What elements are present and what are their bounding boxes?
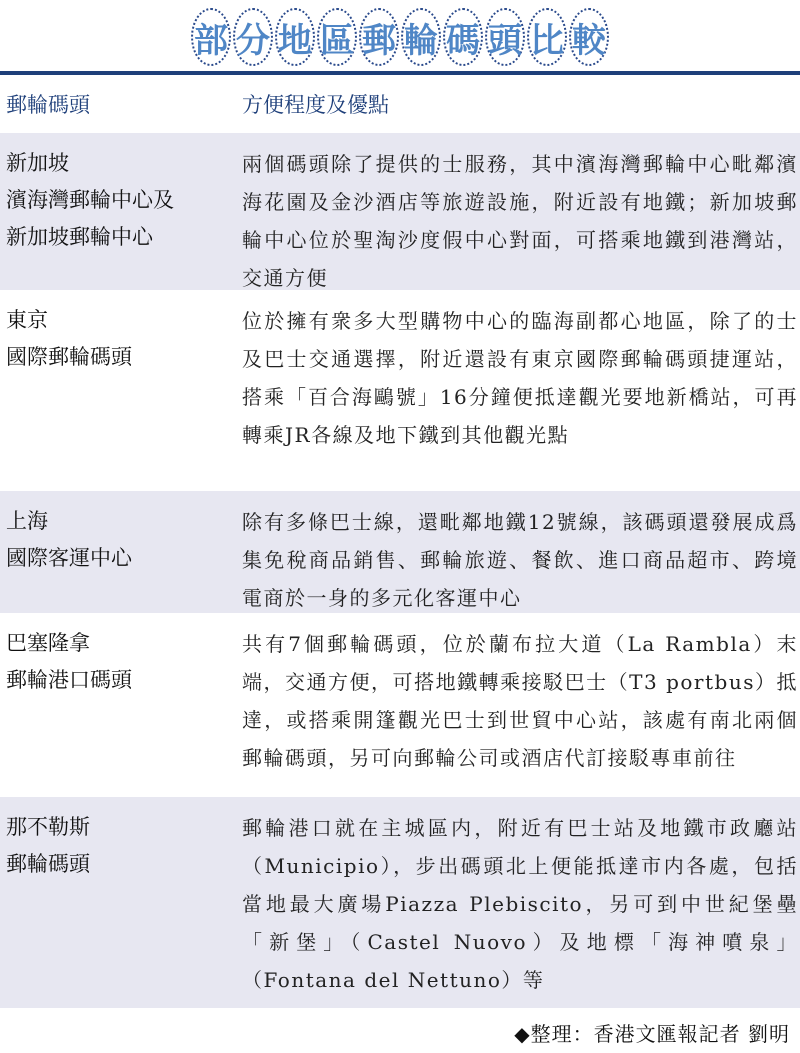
table-row: 新加坡 濱海灣郵輪中心及 新加坡郵輪中心 兩個碼頭除了提供的士服務，其中濱海灣郵… — [0, 133, 800, 290]
table-header: 郵輪碼頭 方便程度及優點 — [0, 75, 800, 133]
table-row: 東京 國際郵輪碼頭 位於擁有衆多大型購物中心的臨海副都心地區，除了的士及巴士交通… — [0, 290, 800, 491]
terminal-name: 巴塞隆拿 郵輪港口碼頭 — [6, 625, 231, 699]
page-title: 部 分 地 區 郵 輪 碼 頭 比 較 — [0, 0, 800, 70]
column-header-convenience: 方便程度及優點 — [242, 89, 389, 119]
title-char: 區 — [317, 8, 357, 66]
title-char: 頭 — [485, 8, 525, 66]
terminal-description: 郵輪港口就在主城區内，附近有巴士站及地鐵市政廳站（Municipio），步出碼頭… — [242, 809, 798, 999]
table-row: 巴塞隆拿 郵輪港口碼頭 共有7個郵輪碼頭，位於蘭布拉大道（La Rambla）末… — [0, 613, 800, 797]
title-char: 較 — [569, 8, 609, 66]
title-char: 碼 — [443, 8, 483, 66]
terminal-description: 除有多條巴士線，還毗鄰地鐵12號線，該碼頭還發展成爲集免稅商品銷售、郵輪旅遊、餐… — [242, 503, 798, 617]
title-char: 分 — [233, 8, 273, 66]
title-char: 部 — [191, 8, 231, 66]
terminal-description: 位於擁有衆多大型購物中心的臨海副都心地區，除了的士及巴士交通選擇，附近還設有東京… — [242, 302, 798, 454]
column-header-terminal: 郵輪碼頭 — [6, 89, 90, 119]
credit-line: ◆整理：香港文匯報記者 劉明 — [514, 1018, 790, 1047]
terminal-name: 新加坡 濱海灣郵輪中心及 新加坡郵輪中心 — [6, 145, 231, 256]
table-row: 那不勒斯 郵輪碼頭 郵輪港口就在主城區内，附近有巴士站及地鐵市政廳站（Munic… — [0, 797, 800, 1008]
terminal-name: 上海 國際客運中心 — [6, 503, 231, 577]
terminal-description: 共有7個郵輪碼頭，位於蘭布拉大道（La Rambla）末端，交通方便，可搭地鐵轉… — [242, 625, 798, 777]
title-char: 地 — [275, 8, 315, 66]
terminal-name: 那不勒斯 郵輪碼頭 — [6, 809, 231, 883]
title-char: 比 — [527, 8, 567, 66]
title-char: 輪 — [401, 8, 441, 66]
title-char: 郵 — [359, 8, 399, 66]
terminal-name: 東京 國際郵輪碼頭 — [6, 302, 231, 376]
terminal-description: 兩個碼頭除了提供的士服務，其中濱海灣郵輪中心毗鄰濱海花園及金沙酒店等旅遊設施，附… — [242, 145, 798, 297]
table-row: 上海 國際客運中心 除有多條巴士線，還毗鄰地鐵12號線，該碼頭還發展成爲集免稅商… — [0, 491, 800, 613]
